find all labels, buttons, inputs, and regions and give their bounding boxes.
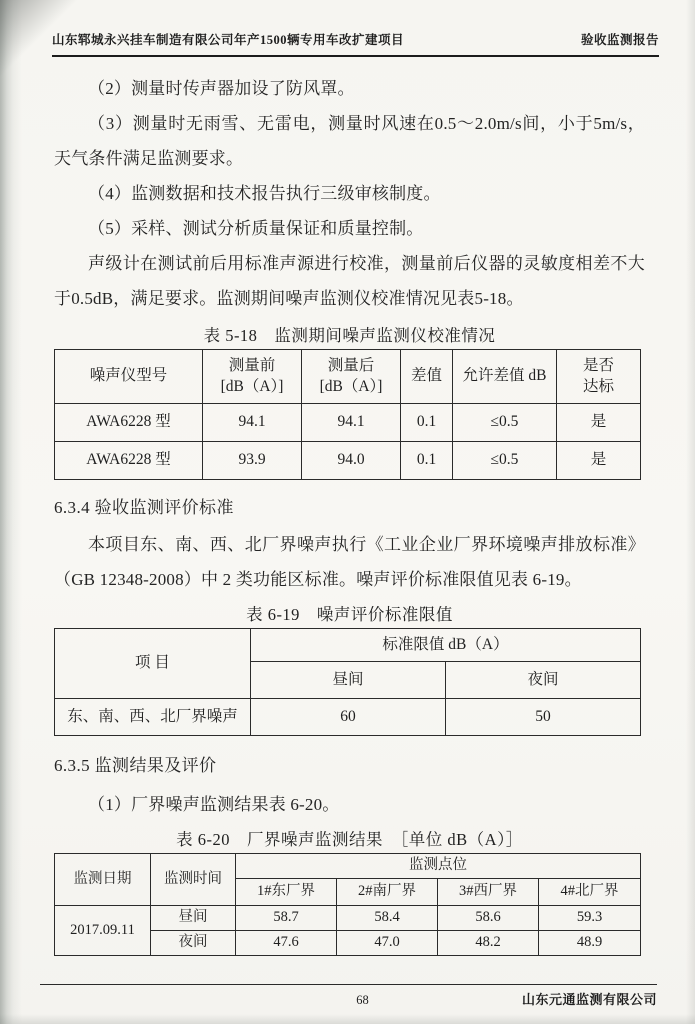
cell-before: 94.1	[203, 404, 302, 442]
col-header-before: 测量前 [dB（A）]	[203, 350, 302, 404]
cell-pass: 是	[557, 404, 641, 442]
col-header-points: 监测点位	[236, 854, 641, 879]
cell-day-east: 58.7	[236, 906, 337, 931]
col-header-after: 测量后 [dB（A）]	[302, 350, 401, 404]
cell-night-north: 48.9	[539, 931, 641, 956]
limits-data-row: 东、南、西、北厂界噪声 60 50	[55, 699, 641, 736]
col-header-limit: 标准限值 dB（A）	[251, 629, 641, 662]
cell-allowed: ≤0.5	[453, 404, 557, 442]
col-header-after-line2: [dB（A）]	[304, 377, 398, 398]
cell-night-east: 47.6	[236, 931, 337, 956]
calibration-row-1: AWA6228 型 94.1 94.1 0.1 ≤0.5 是	[55, 404, 641, 442]
col-header-daytime: 昼间	[251, 662, 446, 699]
document-page: 山东郓城永兴挂车制造有限公司年产1500辆专用车改扩建项目 验收监测报告 （2）…	[0, 0, 695, 1024]
results-table: 监测日期 监测时间 监测点位 1#东厂界 2#南厂界 3#西厂界 4#北厂界 2…	[54, 853, 641, 956]
col-header-item: 项 目	[55, 629, 251, 699]
col-header-allowed-difference: 允许差值 dB	[453, 350, 557, 404]
cell-monitor-date: 2017.09.11	[55, 906, 151, 956]
col-header-nighttime: 夜间	[446, 662, 641, 699]
cell-after: 94.1	[302, 404, 401, 442]
paragraph-weather: （3）测量时无雨雪、无雷电，测量时风速在0.5～2.0m/s间，小于5m/s，天…	[54, 106, 645, 176]
paragraph-qa-qc: （5）采样、测试分析质量保证和质量控制。	[54, 211, 645, 246]
paragraph-review-system: （4）监测数据和技术报告执行三级审核制度。	[54, 176, 645, 211]
calibration-table: 噪声仪型号 测量前 [dB（A）] 测量后 [dB（A）] 差值 允许差值 dB…	[54, 349, 641, 480]
results-header-row-1: 监测日期 监测时间 监测点位	[55, 854, 641, 879]
page-number: 68	[356, 993, 369, 1008]
cell-boundary-item: 东、南、西、北厂界噪声	[55, 699, 251, 736]
footer-company-name: 山东元通监测有限公司	[355, 989, 657, 1008]
table-6-19-caption: 表 6-19 噪声评价标准限值	[54, 601, 645, 625]
col-header-point-north: 4#北厂界	[539, 879, 641, 906]
header-project-title: 山东郓城永兴挂车制造有限公司年产1500辆专用车改扩建项目	[52, 30, 404, 48]
cell-after: 94.0	[302, 442, 401, 480]
limits-header-row-1: 项 目 标准限值 dB（A）	[55, 629, 641, 662]
col-header-difference: 差值	[401, 350, 453, 404]
document-body: （2）测量时传声器加设了防风罩。 （3）测量时无雨雪、无雷电，测量时风速在0.5…	[0, 57, 695, 956]
col-header-before-line1: 测量前	[205, 356, 299, 377]
paragraph-standard: 本项目东、南、西、北厂界噪声执行《工业企业厂界环境噪声排放标准》（GB 1234…	[54, 527, 645, 597]
col-header-model: 噪声仪型号	[55, 350, 203, 404]
cell-model: AWA6228 型	[55, 404, 203, 442]
col-header-point-south: 2#南厂界	[337, 879, 438, 906]
cell-pass: 是	[557, 442, 641, 480]
table-5-18-caption: 表 5-18 监测期间噪声监测仪校准情况	[54, 322, 645, 346]
page-header: 山东郓城永兴挂车制造有限公司年产1500辆专用车改扩建项目 验收监测报告	[52, 30, 659, 57]
col-header-point-east: 1#东厂界	[236, 879, 337, 906]
header-report-label: 验收监测报告	[581, 30, 659, 48]
col-header-pass: 是否 达标	[557, 350, 641, 404]
section-6-3-5-heading: 6.3.5 监测结果及评价	[54, 754, 645, 777]
col-header-after-line1: 测量后	[304, 356, 398, 377]
cell-night-south: 47.0	[337, 931, 438, 956]
cell-day-west: 58.6	[438, 906, 539, 931]
cell-allowed: ≤0.5	[453, 442, 557, 480]
calibration-header-row: 噪声仪型号 测量前 [dB（A）] 测量后 [dB（A）] 差值 允许差值 dB…	[55, 350, 641, 404]
col-header-point-west: 3#西厂界	[438, 879, 539, 906]
col-header-pass-line2: 达标	[559, 377, 638, 398]
limits-table: 项 目 标准限值 dB（A） 昼间 夜间 东、南、西、北厂界噪声 60 50	[54, 628, 641, 736]
cell-night-limit: 50	[446, 699, 641, 736]
results-day-row: 2017.09.11 昼间 58.7 58.4 58.6 59.3	[55, 906, 641, 931]
cell-difference: 0.1	[401, 404, 453, 442]
cell-time-day: 昼间	[151, 906, 236, 931]
cell-before: 93.9	[203, 442, 302, 480]
page-footer: 68 山东元通监测有限公司	[40, 984, 657, 1008]
cell-model: AWA6228 型	[55, 442, 203, 480]
col-header-date: 监测日期	[55, 854, 151, 906]
paragraph-calibration-intro: 声级计在测试前后用标准声源进行校准，测量前后仪器的灵敏度相差不大于0.5dB，满…	[54, 246, 645, 316]
cell-day-south: 58.4	[337, 906, 438, 931]
cell-day-limit: 60	[251, 699, 446, 736]
section-6-3-4-heading: 6.3.4 验收监测评价标准	[54, 496, 645, 519]
cell-difference: 0.1	[401, 442, 453, 480]
paragraph-windscreen: （2）测量时传声器加设了防风罩。	[54, 71, 645, 106]
col-header-time: 监测时间	[151, 854, 236, 906]
cell-time-night: 夜间	[151, 931, 236, 956]
col-header-before-line2: [dB（A）]	[205, 377, 299, 398]
cell-day-north: 59.3	[539, 906, 641, 931]
col-header-pass-line1: 是否	[559, 356, 638, 377]
table-6-20-caption: 表 6-20 厂界噪声监测结果 ［单位 dB（A）］	[54, 826, 645, 850]
paragraph-results-item1: （1）厂界噪声监测结果表 6-20。	[54, 787, 645, 822]
calibration-row-2: AWA6228 型 93.9 94.0 0.1 ≤0.5 是	[55, 442, 641, 480]
cell-night-west: 48.2	[438, 931, 539, 956]
